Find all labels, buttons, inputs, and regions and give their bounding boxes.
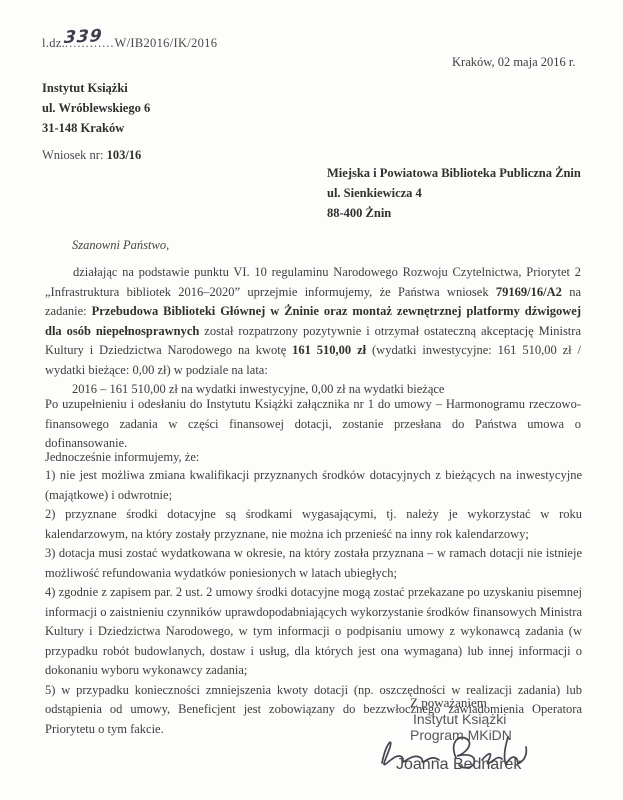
agreement-info-paragraph: Po uzupełnieniu i odesłaniu do Instytutu… xyxy=(45,395,581,454)
signer-name: Joanna Bednarek xyxy=(396,756,521,774)
application-number-value: 103/16 xyxy=(107,148,142,162)
stamp-institution: Instytut Książki xyxy=(413,711,506,727)
scanned-letter-page: l.dz.............W/IB2016/IK/2016 339 Kr… xyxy=(0,0,623,800)
application-number-line: Wniosek nr: 103/16 xyxy=(42,148,141,163)
condition-item-4: 4) zgodnie z zapisem par. 2 ust. 2 umowy… xyxy=(45,583,582,681)
recipient-address-block: Miejska i Powiatowa Biblioteka Publiczna… xyxy=(327,163,581,223)
recipient-street: ul. Sienkiewicza 4 xyxy=(327,183,581,203)
grant-amount: 161 510,00 zł xyxy=(292,343,366,357)
sender-address-block: Instytut Książki ul. Wróblewskiego 6 31-… xyxy=(42,78,150,138)
salutation: Szanowni Państwo, xyxy=(72,238,169,253)
recipient-name: Miejska i Powiatowa Biblioteka Publiczna… xyxy=(327,163,581,183)
application-number-label: Wniosek nr: xyxy=(42,148,103,162)
application-id: 79169/16/A2 xyxy=(496,285,562,299)
closing-phrase: Z poważaniem xyxy=(410,695,487,711)
letter-date: Kraków, 02 maja 2016 r. xyxy=(452,55,575,70)
handwritten-ref-number: 339 xyxy=(63,26,103,48)
condition-item-2: 2) przyznane środki dotacyjne są środkam… xyxy=(45,505,582,544)
condition-item-3: 3) dotacja musi zostać wydatkowana w okr… xyxy=(45,544,582,583)
condition-item-1: 1) nie jest możliwa zmiana kwalifikacji … xyxy=(45,466,582,505)
sender-street: ul. Wróblewskiego 6 xyxy=(42,98,150,118)
grant-decision-text: działając na podstawie punktu VI. 10 reg… xyxy=(45,263,581,380)
ref-prefix: l.dz. xyxy=(42,36,65,50)
ref-suffix: W/IB2016/IK/2016 xyxy=(115,36,218,50)
conditions-list: 1) nie jest możliwa zmiana kwalifikacji … xyxy=(45,466,582,739)
recipient-city: 88-400 Żnin xyxy=(327,203,581,223)
sender-name: Instytut Książki xyxy=(42,78,150,98)
grant-decision-paragraph: działając na podstawie punktu VI. 10 reg… xyxy=(45,263,581,400)
sender-city: 31-148 Kraków xyxy=(42,118,150,138)
conditions-intro: Jednocześnie informujemy, że: xyxy=(45,448,199,468)
